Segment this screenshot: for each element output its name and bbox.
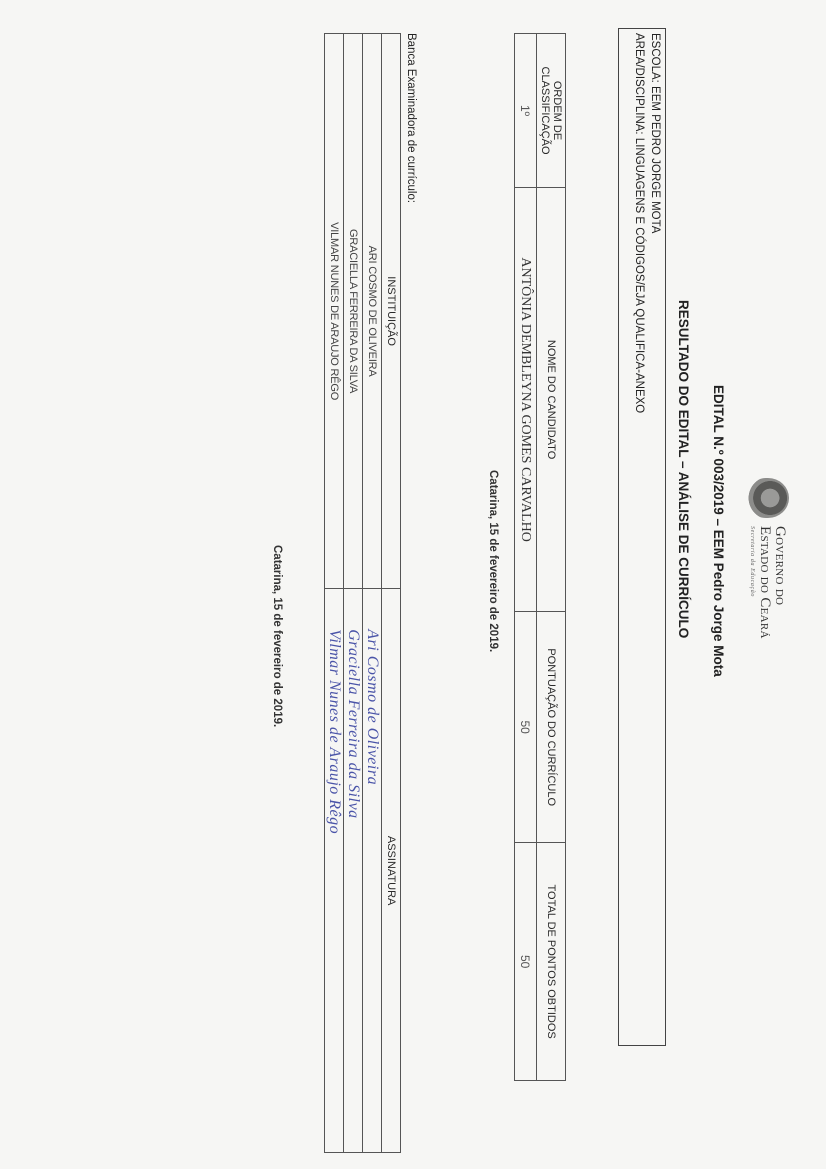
table-row: VILMAR NUNES DE ARAUJO RÊGO Vilmar Nunes…	[325, 34, 344, 1153]
member-signature: Ari Cosmo de Oliveira	[363, 589, 382, 1153]
member-signature: Graciella Ferreira da Silva	[344, 589, 363, 1153]
candidates-header-row: ORDEM DE CLASSIFICAÇÃO NOME DO CANDIDATO…	[537, 34, 566, 1081]
examining-board-table: INSTITUIÇÃO ASSINATURA ARI COSMO DE OLIV…	[324, 33, 401, 1153]
header-nome: NOME DO CANDIDATO	[537, 188, 566, 612]
cell-nome: ANTÔNIA DEMBLEYNA GOMES CARVALHO	[515, 188, 537, 612]
header-instituicao: INSTITUIÇÃO	[382, 34, 401, 589]
document-page: Governo do Estado do Ceará Secretaria da…	[0, 0, 826, 1169]
cell-pontuacao: 50	[515, 612, 537, 843]
government-logo: Governo do Estado do Ceará Secretaria da…	[744, 478, 792, 708]
document-subtitle: RESULTADO DO EDITAL – ANÁLISE DE CURRÍCU…	[676, 300, 691, 638]
board-header-row: INSTITUIÇÃO ASSINATURA	[382, 34, 401, 1153]
subject-area: AREA/DISCIPLINA: LINGUAGENS E CÓDIGOS/EJ…	[631, 33, 647, 1041]
document-title: EDITAL N.º 003/2019 – EEM Pedro Jorge Mo…	[711, 385, 726, 677]
school-name: ESCOLA: EEM PEDRO JORGE MOTA	[647, 33, 663, 1041]
board-label: Banca Examinadora de currículo:	[405, 33, 417, 203]
date-line-1: Catarina, 15 de fevereiro de 2019.	[487, 470, 499, 652]
table-row: 1º ANTÔNIA DEMBLEYNA GOMES CARVALHO 50 5…	[515, 34, 537, 1081]
member-signature: Vilmar Nunes de Araujo Rêgo	[325, 589, 344, 1153]
member-name: VILMAR NUNES DE ARAUJO RÊGO	[325, 34, 344, 589]
table-row: GRACIELLA FERREIRA DA SILVA Graciella Fe…	[344, 34, 363, 1153]
header-ordem-label: ORDEM DE CLASSIFICAÇÃO	[539, 67, 563, 155]
member-name: GRACIELLA FERREIRA DA SILVA	[344, 34, 363, 589]
cell-ordem: 1º	[515, 34, 537, 188]
header-ordem: ORDEM DE CLASSIFICAÇÃO	[537, 34, 566, 188]
cell-total: 50	[515, 843, 537, 1081]
member-name: ARI COSMO DE OLIVEIRA	[363, 34, 382, 589]
state-crest-icon	[747, 478, 789, 518]
header-total: TOTAL DE PONTOS OBTIDOS	[537, 843, 566, 1081]
table-row: ARI COSMO DE OLIVEIRA Ari Cosmo de Olive…	[363, 34, 382, 1153]
logo-line-2: Estado do Ceará	[757, 526, 772, 639]
header-pontuacao: PONTUAÇÃO DO CURRÍCULO	[537, 612, 566, 843]
date-line-2: Catarina, 15 de fevereiro de 2019.	[271, 545, 283, 727]
school-info-box: ESCOLA: EEM PEDRO JORGE MOTA AREA/DISCIP…	[618, 28, 666, 1046]
candidates-table: ORDEM DE CLASSIFICAÇÃO NOME DO CANDIDATO…	[514, 33, 566, 1081]
logo-line-1: Governo do	[772, 526, 787, 639]
logo-text: Governo do Estado do Ceará Secretaria da…	[749, 526, 787, 639]
logo-line-3: Secretaria da Educação	[749, 526, 755, 639]
header-assinatura: ASSINATURA	[382, 589, 401, 1153]
